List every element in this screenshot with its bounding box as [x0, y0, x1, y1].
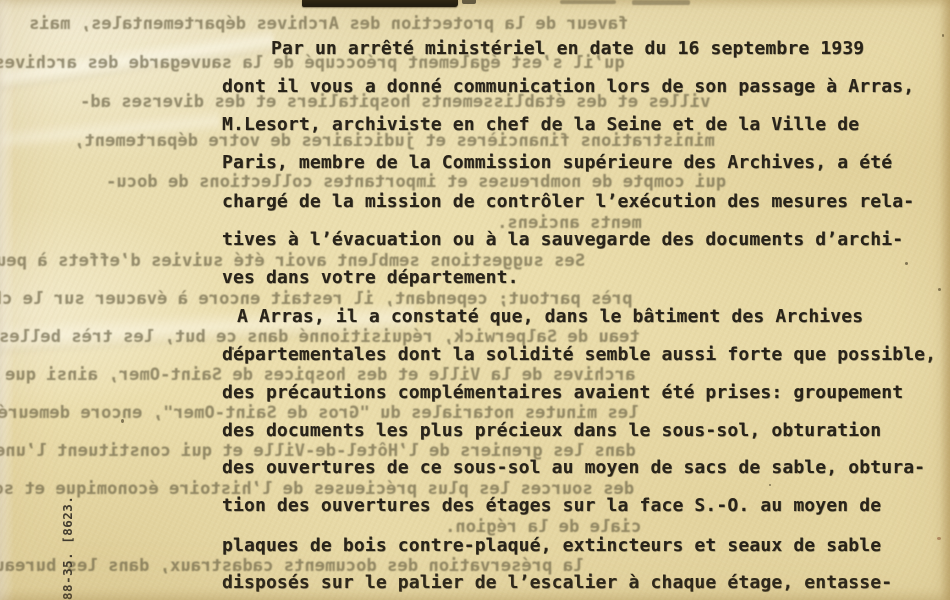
cutoff-text-mark [632, 0, 690, 5]
bleedthrough-line: faveur de la protection des Archives dép… [29, 14, 628, 34]
typed-line: dont il vous a donné communication lors … [222, 76, 914, 97]
ink-speck [905, 262, 908, 265]
ink-speck [937, 537, 941, 540]
typed-line: tives à l’évacuation ou à la sauvegarde … [222, 229, 903, 250]
document-page: faveur de la protection des Archives dép… [0, 0, 950, 600]
cutoff-text-mark [560, 0, 616, 4]
ink-speck [121, 419, 124, 423]
bleedthrough-line: qui compte de nombreuses et importantes … [106, 172, 726, 192]
ink-speck [938, 288, 941, 291]
bleedthrough-line: ciale de la région. [445, 517, 641, 537]
typed-line: des ouvertures de ce sous-sol au moyen d… [222, 457, 925, 478]
typed-line: départementales dont la solidité semble … [222, 344, 936, 365]
typed-line: plaques de bois contre-plaqué, extincteu… [222, 535, 881, 556]
ink-speck [769, 484, 771, 486]
typed-line: des précautions complémentaires avaient … [222, 382, 903, 403]
ink-speck [232, 347, 234, 350]
typed-line: ves dans votre département. [222, 267, 519, 288]
typed-line: des documents les plus précieux dans le … [222, 420, 881, 441]
typed-line: A Arras, il a constaté que, dans le bâti… [222, 306, 863, 327]
ink-speck [942, 34, 944, 37]
archival-reference-stamp: 488-35. [8623. [60, 496, 75, 600]
struckout-line-remnant [302, 0, 458, 7]
typed-line: Par un arrêté ministériel en date du 16 … [222, 38, 864, 59]
typed-line: tion des ouvertures des étages sur la fa… [222, 495, 881, 516]
typed-line: M.Lesort, archiviste en chef de la Seine… [222, 114, 859, 135]
typed-line: chargé de la mission de contrôler l’exéc… [222, 191, 914, 212]
typed-line: disposés sur le palier de l’escalier à c… [222, 572, 892, 593]
typed-line: Paris, membre de la Commission supérieur… [222, 152, 892, 173]
struckout-fragment [462, 0, 476, 4]
